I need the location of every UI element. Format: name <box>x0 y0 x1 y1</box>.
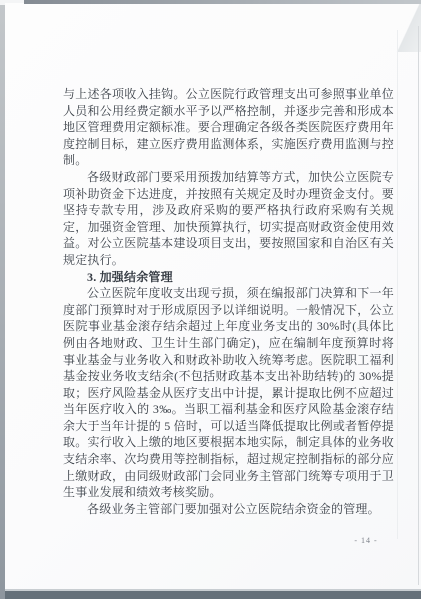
paragraph-income-linkage: 与上述各项收入挂钩。公立医院行政管理支出可参照事业单位人员和公用经费定额水平予以… <box>63 86 394 169</box>
scan-edge-right <box>418 26 419 585</box>
paragraph-surplus-rules: 公立医院年度收支出现亏损，须在编报部门决算和下一年度部门预算时对于形成原因予以详… <box>63 285 394 501</box>
document-body: 与上述各项收入挂钩。公立医院行政管理支出可参照事业单位人员和公用经费定额水平予以… <box>63 86 394 517</box>
scan-edge-left <box>0 5 5 599</box>
scan-edge-top <box>24 0 421 4</box>
scan-edge-bottom <box>5 589 421 599</box>
page-number: - 14 - <box>346 536 386 545</box>
scanned-document-page: 与上述各项收入挂钩。公立医院行政管理支出可参照事业单位人员和公用经费定额水平予以… <box>0 0 421 599</box>
section-heading-surplus-management: 3. 加强结余管理 <box>63 269 394 286</box>
paragraph-supervisor-departments: 各级业务主管部门要加强对公立医院结余资金的管理。 <box>63 501 394 518</box>
page-corner-shadow <box>385 4 421 52</box>
paragraph-finance-departments: 各级财政部门要采用预拨加结算等方式，加快公立医院专项补助资金下达进度，并按照有关… <box>63 169 394 269</box>
page-fold-line <box>397 30 398 539</box>
